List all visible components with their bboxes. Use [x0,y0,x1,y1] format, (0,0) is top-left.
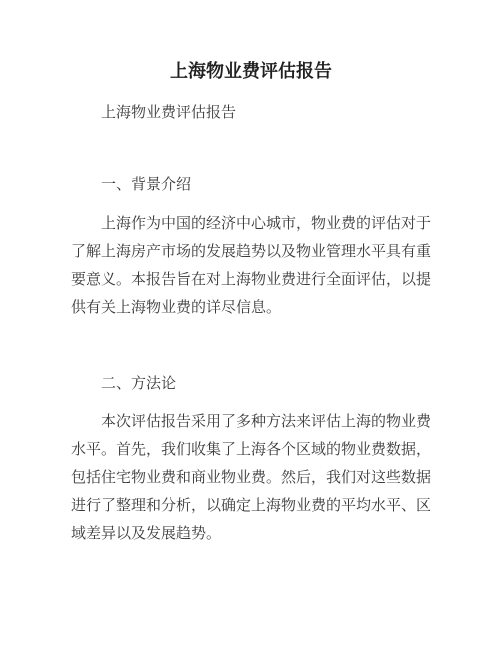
section-2-paragraph: 本次评估报告采用了多种方法来评估上海的物业费水平。首先，我们收集了上海各个区域的… [71,408,431,548]
section-1-paragraph: 上海作为中国的经济中心城市，物业费的评估对于了解上海房产市场的发展趋势以及物业管… [71,210,431,322]
section-2-heading: 二、方法论 [71,370,431,398]
document-subtitle: 上海物业费评估报告 [71,99,431,127]
section-1-heading: 一、背景介绍 [71,171,431,199]
document-page: 上海物业费评估报告 上海物业费评估报告 一、背景介绍 上海作为中国的经济中心城市… [71,57,431,548]
document-title: 上海物业费评估报告 [71,57,431,85]
